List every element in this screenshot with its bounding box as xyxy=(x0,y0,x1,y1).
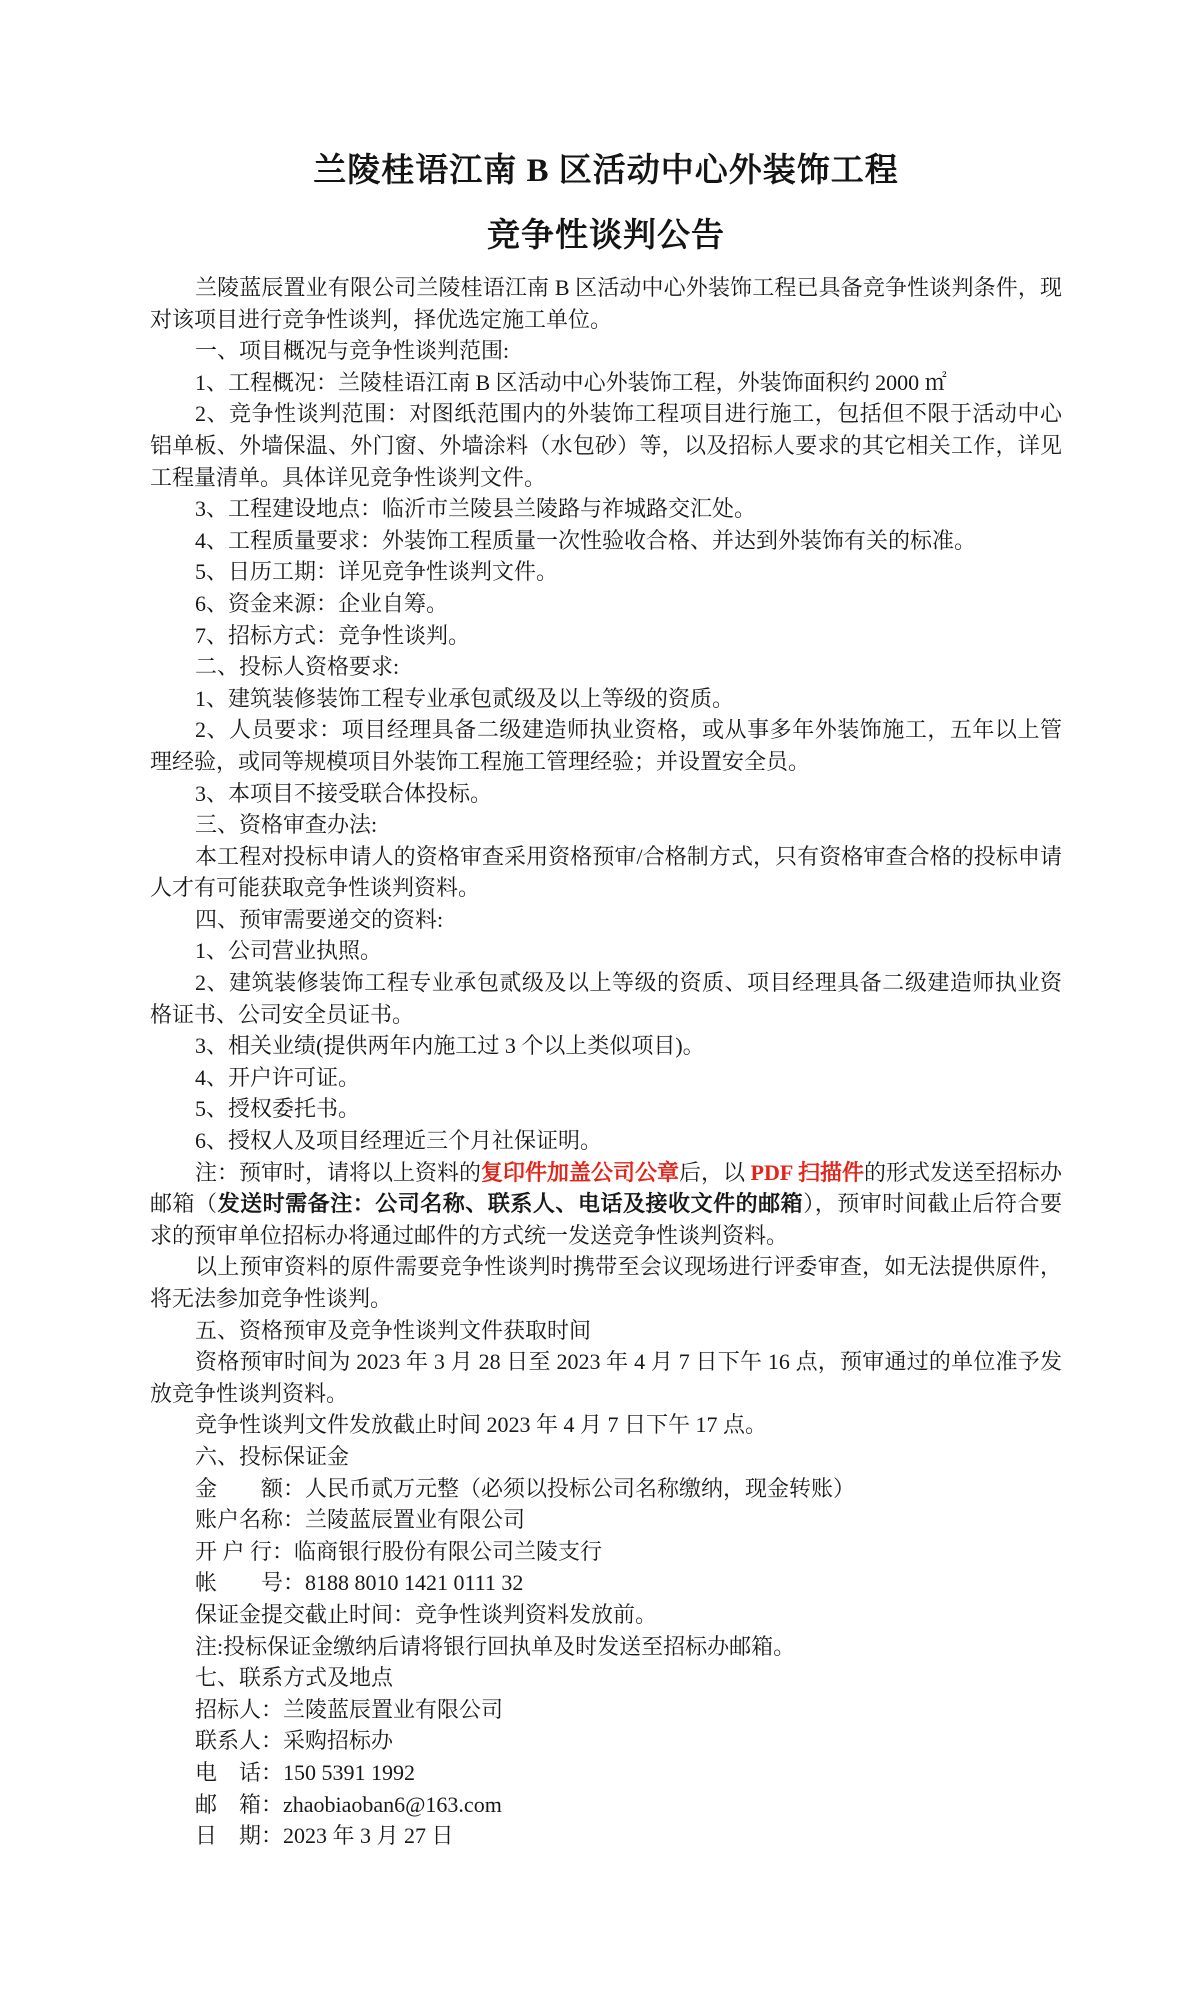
text-run: 二、投标人资格要求: xyxy=(195,654,399,679)
doc-item-1: 1、公司营业执照。 xyxy=(150,935,1062,967)
tenderee-row: 招标人：兰陵蓝辰置业有限公司 xyxy=(150,1694,1062,1726)
text-run: 3、工程建设地点：临沂市兰陵县兰陵路与祚城路交汇处。 xyxy=(195,496,756,521)
quality-requirement-item: 4、工程质量要求：外装饰工程质量一次性验收合格、并达到外装饰有关的标准。 xyxy=(150,525,1062,557)
text-run: 1、工程概况：兰陵桂语江南 B 区活动中心外装饰工程，外装饰面积约 2000 ㎡ xyxy=(195,370,947,395)
doc-item-6: 6、授权人及项目经理近三个月社保证明。 xyxy=(150,1125,1062,1157)
section-5-heading: 五、资格预审及竞争性谈判文件获取时间 xyxy=(150,1315,1062,1347)
doc-item-3: 3、相关业绩(提供两年内施工过 3 个以上类似项目)。 xyxy=(150,1030,1062,1062)
text-run: 三、资格审查办法: xyxy=(195,812,377,837)
section-3-heading: 三、资格审查办法: xyxy=(150,809,1062,841)
text-run: 四、预审需要递交的资料: xyxy=(195,907,443,932)
text-run: 招标人：兰陵蓝辰置业有限公司 xyxy=(195,1697,503,1722)
text-run: 帐 号：8188 8010 1421 0111 32 xyxy=(195,1570,523,1595)
text-run: 5、日历工期：详见竞争性谈判文件。 xyxy=(195,559,558,584)
email-remark-highlight: 发送时需备注：公司名称、联系人、电话及接收文件的邮箱 xyxy=(218,1191,804,1216)
contact-row: 联系人：采购招标办 xyxy=(150,1725,1062,1757)
text-run: 后，以 xyxy=(679,1160,751,1185)
text-run: 注:投标保证金缴纳后请将银行回执单及时发送至招标办邮箱。 xyxy=(195,1634,795,1659)
negotiation-scope-item: 2、竞争性谈判范围：对图纸范围内的外装饰工程项目进行施工，包括但不限于活动中心铝… xyxy=(150,398,1062,493)
original-documents-warning: 以上预审资料的原件需要竞争性谈判时携带至会议现场进行评委审查，如无法提供原件，将… xyxy=(150,1251,1062,1314)
deposit-amount-row: 金 额：人民币贰万元整（必须以投标公司名称缴纳，现金转账） xyxy=(150,1473,1062,1505)
text-run: 1、公司营业执照。 xyxy=(195,938,382,963)
text-run: 竞争性谈判文件发放截止时间 2023 年 4 月 7 日下午 17 点。 xyxy=(195,1412,767,1437)
text-run: 1、建筑装修装饰工程专业承包贰级及以上等级的资质。 xyxy=(195,686,734,711)
text-run: 账户名称：兰陵蓝辰置业有限公司 xyxy=(195,1507,525,1532)
text-run: 保证金提交截止时间：竞争性谈判资料发放前。 xyxy=(195,1602,657,1627)
bank-row: 开 户 行：临商银行股份有限公司兰陵支行 xyxy=(150,1536,1062,1568)
email-row: 邮 箱：zhaobiaoban6@163.com xyxy=(150,1789,1062,1821)
section-7-heading: 七、联系方式及地点 xyxy=(150,1662,1062,1694)
section-4-heading: 四、预审需要递交的资料: xyxy=(150,904,1062,936)
text-run: 7、招标方式：竞争性谈判。 xyxy=(195,623,470,648)
document-body: 兰陵蓝辰置业有限公司兰陵桂语江南 B 区活动中心外装饰工程已具备竞争性谈判条件，… xyxy=(150,272,1062,1852)
document-subtitle: 竞争性谈判公告 xyxy=(150,217,1062,255)
text-run: 开 户 行：临商银行股份有限公司兰陵支行 xyxy=(195,1539,602,1564)
doc-item-2: 2、建筑装修装饰工程专业承包贰级及以上等级的资质、项目经理具备二级建造师执业资格… xyxy=(150,967,1062,1030)
intro-paragraph: 兰陵蓝辰置业有限公司兰陵桂语江南 B 区活动中心外装饰工程已具备竞争性谈判条件，… xyxy=(150,272,1062,335)
section-1-heading: 一、项目概况与竞争性谈判范围: xyxy=(150,335,1062,367)
text-run: 2、建筑装修装饰工程专业承包贰级及以上等级的资质、项目经理具备二级建造师执业资格… xyxy=(150,970,1062,1027)
account-number-row: 帐 号：8188 8010 1421 0111 32 xyxy=(150,1567,1062,1599)
text-run: 5、授权委托书。 xyxy=(195,1096,360,1121)
doc-item-5: 5、授权委托书。 xyxy=(150,1093,1062,1125)
pdf-scan-highlight: PDF 扫描件 xyxy=(751,1160,864,1185)
text-run: 电 话：150 5391 1992 xyxy=(195,1760,415,1785)
funding-source-item: 6、资金来源：企业自筹。 xyxy=(150,588,1062,620)
text-run: 4、开户许可证。 xyxy=(195,1065,360,1090)
text-run: 六、投标保证金 xyxy=(195,1444,349,1469)
text-run: 本工程对投标申请人的资格审查采用资格预审/合格制方式，只有资格审查合格的投标申请… xyxy=(150,844,1062,901)
text-run: 2、竞争性谈判范围：对图纸范围内的外装饰工程项目进行施工，包括但不限于活动中心铝… xyxy=(150,401,1062,489)
text-run: 6、资金来源：企业自筹。 xyxy=(195,591,448,616)
announcement-document: 兰陵桂语江南 B 区活动中心外装饰工程 竞争性谈判公告 兰陵蓝辰置业有限公司兰陵… xyxy=(0,0,1200,2000)
text-run: 注：预审时，请将以上资料的 xyxy=(195,1160,481,1185)
qualification-item: 1、建筑装修装饰工程专业承包贰级及以上等级的资质。 xyxy=(150,683,1062,715)
pre-review-time-paragraph: 资格预审时间为 2023 年 3 月 28 日至 2023 年 4 月 7 日下… xyxy=(150,1346,1062,1409)
consortium-item: 3、本项目不接受联合体投标。 xyxy=(150,778,1062,810)
pre-review-note: 注：预审时，请将以上资料的复印件加盖公司公章后，以 PDF 扫描件的形式发送至招… xyxy=(150,1157,1062,1252)
text-run: 邮 箱：zhaobiaoban6@163.com xyxy=(195,1792,502,1817)
deposit-note: 注:投标保证金缴纳后请将银行回执单及时发送至招标办邮箱。 xyxy=(150,1631,1062,1663)
section-6-heading: 六、投标保证金 xyxy=(150,1441,1062,1473)
text-run: 资格预审时间为 2023 年 3 月 28 日至 2023 年 4 月 7 日下… xyxy=(150,1349,1062,1406)
phone-row: 电 话：150 5391 1992 xyxy=(150,1757,1062,1789)
construction-site-item: 3、工程建设地点：临沂市兰陵县兰陵路与祚城路交汇处。 xyxy=(150,493,1062,525)
text-run: 五、资格预审及竞争性谈判文件获取时间 xyxy=(195,1318,591,1343)
deposit-deadline-row: 保证金提交截止时间：竞争性谈判资料发放前。 xyxy=(150,1599,1062,1631)
text-run: 4、工程质量要求：外装饰工程质量一次性验收合格、并达到外装饰有关的标准。 xyxy=(195,528,976,553)
text-run: 一、项目概况与竞争性谈判范围: xyxy=(195,338,509,363)
document-title: 兰陵桂语江南 B 区活动中心外装饰工程 xyxy=(150,152,1062,190)
text-run: 七、联系方式及地点 xyxy=(195,1665,393,1690)
text-run: 3、本项目不接受联合体投标。 xyxy=(195,781,492,806)
text-run: 以上预审资料的原件需要竞争性谈判时携带至会议现场进行评委审查，如无法提供原件，将… xyxy=(150,1254,1062,1311)
text-run: 3、相关业绩(提供两年内施工过 3 个以上类似项目)。 xyxy=(195,1033,705,1058)
doc-item-4: 4、开户许可证。 xyxy=(150,1062,1062,1094)
project-overview-item: 1、工程概况：兰陵桂语江南 B 区活动中心外装饰工程，外装饰面积约 2000 ㎡ xyxy=(150,367,1062,399)
file-issue-deadline-paragraph: 竞争性谈判文件发放截止时间 2023 年 4 月 7 日下午 17 点。 xyxy=(150,1409,1062,1441)
account-name-row: 账户名称：兰陵蓝辰置业有限公司 xyxy=(150,1504,1062,1536)
text-run: 金 额：人民币贰万元整（必须以投标公司名称缴纳，现金转账） xyxy=(195,1476,855,1501)
stamped-copy-highlight: 复印件加盖公司公章 xyxy=(481,1160,679,1185)
personnel-requirement-item: 2、人员要求：项目经理具备二级建造师执业资格，或从事多年外装饰施工，五年以上管理… xyxy=(150,714,1062,777)
text-run: 兰陵蓝辰置业有限公司兰陵桂语江南 B 区活动中心外装饰工程已具备竞争性谈判条件，… xyxy=(150,275,1062,332)
section-2-heading: 二、投标人资格要求: xyxy=(150,651,1062,683)
text-run: 6、授权人及项目经理近三个月社保证明。 xyxy=(195,1128,602,1153)
text-run: 2、人员要求：项目经理具备二级建造师执业资格，或从事多年外装饰施工，五年以上管理… xyxy=(150,717,1062,774)
schedule-item: 5、日历工期：详见竞争性谈判文件。 xyxy=(150,556,1062,588)
text-run: 联系人：采购招标办 xyxy=(195,1728,393,1753)
text-run: 日 期：2023 年 3 月 27 日 xyxy=(195,1823,454,1848)
date-row: 日 期：2023 年 3 月 27 日 xyxy=(150,1820,1062,1852)
tender-method-item: 7、招标方式：竞争性谈判。 xyxy=(150,620,1062,652)
review-method-paragraph: 本工程对投标申请人的资格审查采用资格预审/合格制方式，只有资格审查合格的投标申请… xyxy=(150,841,1062,904)
